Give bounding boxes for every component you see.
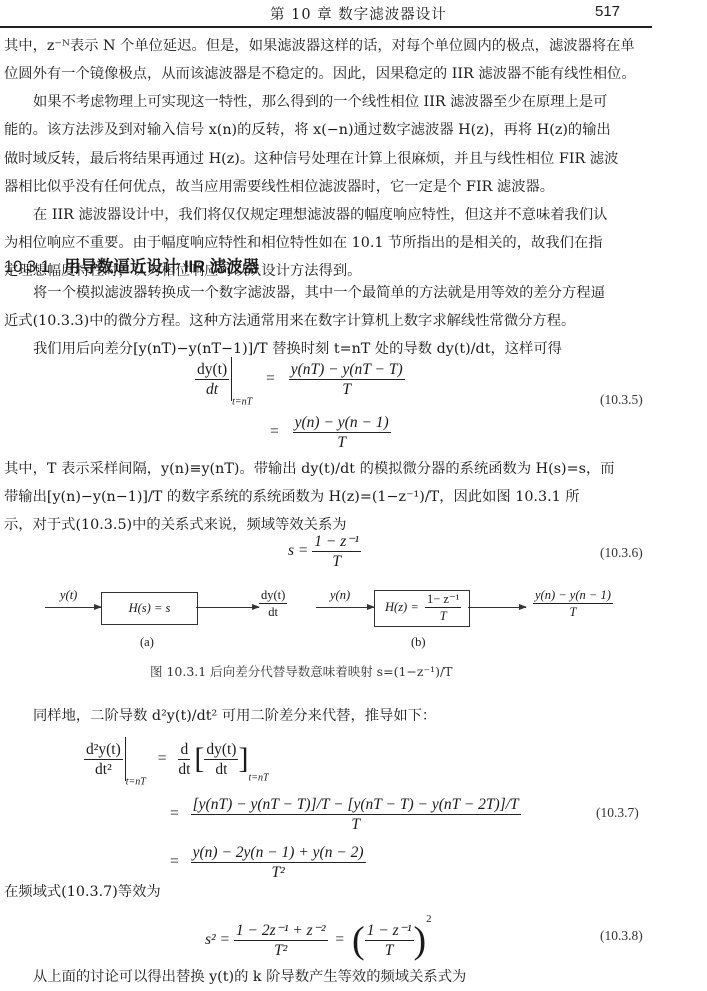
fig-b-block: H(z) = 1− z⁻¹T xyxy=(374,590,470,627)
equation-label: (10.3.7) xyxy=(596,805,639,821)
text-line: 近式(10.3.3)中的微分方程。这种方法通常用来在数字计算机上数字求解线性常微… xyxy=(4,311,575,331)
equation-10-3-7-line2: = [y(nT) − y(nT − T)]/T − [y(nT − T) − y… xyxy=(170,795,521,834)
page-number: 517 xyxy=(595,3,620,20)
text-line: 位圆外有一个镜像极点，从而该滤波器是不稳定的。因此，因果稳定的 IIR 滤波器不… xyxy=(4,64,636,84)
fraction: [y(nT) − y(nT − T)]/T − [y(nT − T) − y(n… xyxy=(191,795,521,834)
section-number: 10.3.1 xyxy=(4,258,50,276)
fraction: 1 − z⁻¹T xyxy=(365,921,414,960)
fraction: dy(t)dt xyxy=(195,360,229,399)
text-line: 将一个模拟滤波器转换成一个数字滤波器，其中一个最简单的方法就是用等效的差分方程逼 xyxy=(33,283,605,303)
section-title: 用导数逼近设计 IIR 滤波器 xyxy=(64,258,259,276)
fraction: ddt xyxy=(178,740,190,779)
text-line: 做时域反转，最后将结果再通过 H(z)。这种信号处理在计算上很麻烦，并且与线性相… xyxy=(4,149,618,169)
equation-10-3-8: s² = 1 − 2z⁻¹ + z⁻²T² = (1 − z⁻¹T)2 xyxy=(205,913,432,962)
fig-b-output: y(n) − y(n − 1)T xyxy=(533,587,613,620)
header-rule xyxy=(0,26,652,28)
text-line: 从上面的讨论可以得出替换 y(t)的 k 阶导数产生等效的频域关系式为 xyxy=(33,967,466,987)
text-line: 器相比似乎没有任何优点，故当应用需要线性相位滤波器时，它一定是个 FIR 滤波器… xyxy=(4,177,554,197)
arrow-icon xyxy=(468,607,526,608)
fig-a-output: dy(t)dt xyxy=(259,587,287,620)
fig-a-input-label: y(t) xyxy=(60,588,77,603)
fraction: y(n) − y(n − 1)T xyxy=(293,413,391,452)
fraction: y(n) − 2y(n − 1) + y(n − 2)T² xyxy=(191,843,366,882)
fraction: d²y(t)dt² xyxy=(84,740,123,779)
fig-b-label: (b) xyxy=(411,635,426,650)
fraction: y(nT) − y(nT − T)T xyxy=(289,360,405,399)
equation-label: (10.3.6) xyxy=(600,545,643,561)
equation-10-3-5-line2: = y(n) − y(n − 1)T xyxy=(270,413,391,452)
text-line: 带输出[y(n)−y(n−1)]/T 的数字系统的系统函数为 H(z)=(1−z… xyxy=(4,487,580,507)
text-line: 为相位响应不重要。由于幅度响应特性和相位特性如在 10.1 节所指出的是相关的，… xyxy=(4,233,603,253)
text-line: 在 IIR 滤波器设计中，我们将仅仅规定理想滤波器的幅度响应特性，但这并不意味着… xyxy=(33,205,607,225)
text-line: 同样地，二阶导数 d²y(t)/dt² 可用二阶差分来代替，推导如下： xyxy=(33,706,436,726)
section-heading: 10.3.1用导数逼近设计 IIR 滤波器 xyxy=(4,253,259,277)
equation-10-3-6: s = 1 − z⁻¹T xyxy=(288,532,361,571)
fraction: 1 − z⁻¹T xyxy=(312,532,361,571)
fig-a-block: H(s) = s xyxy=(101,592,198,625)
equation-label: (10.3.5) xyxy=(600,392,643,408)
fraction: dy(t)dt xyxy=(204,740,238,779)
equation-10-3-5-line1: dy(t)dtt=nT = y(nT) − y(nT − T)T xyxy=(195,357,405,408)
fraction: 1 − 2z⁻¹ + z⁻²T² xyxy=(234,921,328,960)
figure-caption: 图 10.3.1 后向差分代替导数意味着映射 s=(1−z⁻¹)/T xyxy=(150,662,453,680)
text-line: 其中，T 表示采样间隔，y(n)≡y(nT)。带输出 dy(t)/dt 的模拟微… xyxy=(4,459,615,479)
text-line: 其中，z⁻ᴺ表示 N 个单位延迟。但是，如果滤波器这样的话，对每个单位圆内的极点… xyxy=(4,36,635,56)
fig-a-label: (a) xyxy=(140,635,154,650)
equation-label: (10.3.8) xyxy=(600,928,643,944)
text-line: 能的。该方法涉及到对输入信号 x(n)的反转，将 x(−n)通过数字滤波器 H(… xyxy=(4,120,611,140)
arrow-icon xyxy=(316,607,374,608)
text-line: 在频域式(10.3.7)等效为 xyxy=(4,882,161,902)
text-line: 如果不考虑物理上可实现这一特性，那么得到的一个线性相位 IIR 滤波器至少在原理… xyxy=(33,92,607,112)
equation-10-3-7-line3: = y(n) − 2y(n − 1) + y(n − 2)T² xyxy=(170,843,366,882)
fig-b-input-label: y(n) xyxy=(330,588,350,603)
arrow-icon xyxy=(196,607,259,608)
running-header-chapter: 第 10 章 数字滤波器设计 xyxy=(270,3,447,24)
text-line: 我们用后向差分[y(nT)−y(nT−1)]/T 替换时刻 t=nT 处的导数 … xyxy=(33,339,562,359)
equation-10-3-7-line1: d²y(t)dt²t=nT = ddt [dy(t)dt]t=nT xyxy=(84,737,269,788)
arrow-icon xyxy=(45,607,101,608)
